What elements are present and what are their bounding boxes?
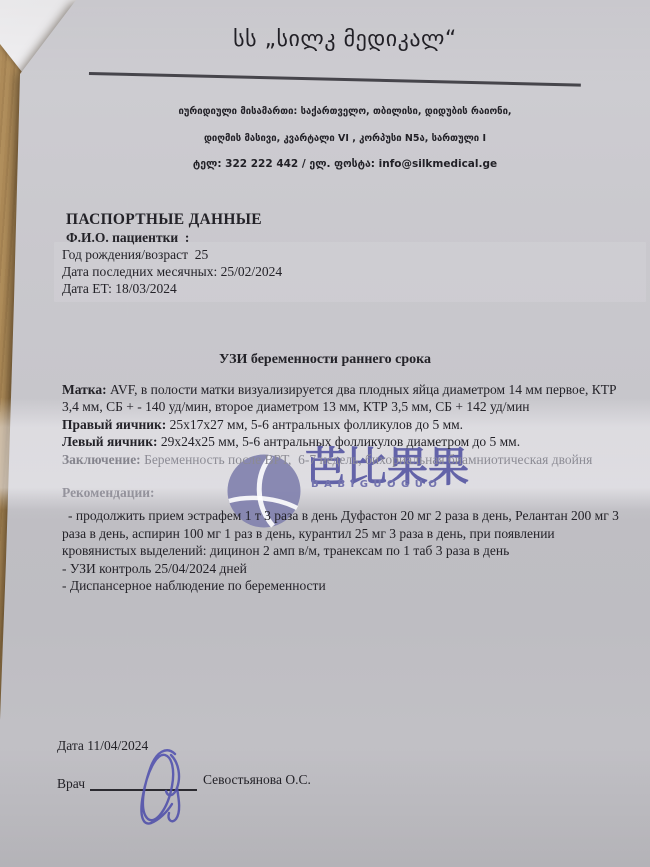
birth-year-line: Год рождения/возраст 25	[62, 247, 208, 263]
left-ovary-line: Левый яичник: 29х24х25 мм, 5-6 антральны…	[62, 434, 520, 450]
clinic-name-georgian: სს „სილკ მედიკალ“	[40, 27, 650, 52]
right-ovary-label: Правый яичник:	[62, 417, 166, 432]
et-date-line: Дата ET: 18/03/2024	[62, 281, 177, 297]
recommendation-line4: - УЗИ контроль 25/04/2024 дней	[62, 561, 247, 577]
left-ovary-label: Левый яичник:	[62, 434, 157, 449]
right-ovary-line: Правый яичник: 25х17х27 мм, 5-6 антральн…	[62, 417, 463, 433]
right-ovary-text: 25х17х27 мм, 5-6 антральных фолликулов д…	[166, 417, 463, 432]
doctor-name: Севостьянова О.С.	[203, 772, 311, 788]
recommendation-line3: кровянистых выделений: дицинон 2 амп в/м…	[62, 543, 509, 559]
conclusion-text: Беременность после ВРТ, 6-7 недель, бихо…	[141, 452, 593, 467]
doctor-signature	[123, 742, 218, 837]
clinic-contact-line: ტელ: 322 222 442 / ელ. ფოსტა: info@silkm…	[40, 158, 650, 170]
uterus-line1-text: AVF, в полости матки визуализируется два…	[107, 382, 617, 397]
last-period-line: Дата последних месячных: 25/02/2024	[62, 264, 282, 280]
uterus-label: Матка:	[62, 382, 107, 397]
recommendation-line2: раза в день, аспирин 100 мг 1 раз в день…	[62, 526, 555, 542]
conclusion-line: Заключение: Беременность после ВРТ, 6-7 …	[62, 452, 592, 468]
recommendation-line1: - продолжить прием эстрафем 1 т 3 раза в…	[68, 508, 619, 524]
clinic-address-line1: იურიდიული მისამართი: საქართველო, თბილისი…	[40, 106, 650, 117]
doctor-label: Врач	[57, 776, 85, 792]
patient-name-line: Ф.И.О. пациентки :	[66, 230, 189, 246]
recommendation-line5: - Диспансерное наблюдение по беременност…	[62, 578, 326, 594]
recommendations-heading: Рекомендации:	[62, 485, 155, 501]
watermark-latin-text: BABIGUOGUO	[311, 479, 442, 490]
document-photo: 芭比果果 BABIGUOGUO სს „სილკ მედიკალ“ იურიდი…	[0, 0, 650, 867]
clinic-address-line2: დიღმის მასივი, კვარტალი VI , კორპუსი N5ა…	[40, 133, 650, 144]
report-title: УЗИ беременности раннего срока	[0, 352, 650, 368]
passport-section-heading: ПАСПОРТНЫЕ ДАННЫЕ	[66, 212, 262, 228]
left-ovary-text: 29х24х25 мм, 5-6 антральных фолликулов д…	[157, 434, 520, 449]
uterus-line1: Матка: AVF, в полости матки визуализируе…	[62, 382, 616, 398]
conclusion-label: Заключение:	[62, 452, 141, 467]
uterus-line2: 3,4 мм, СБ + - 140 уд/мин, второе диамет…	[62, 399, 530, 415]
